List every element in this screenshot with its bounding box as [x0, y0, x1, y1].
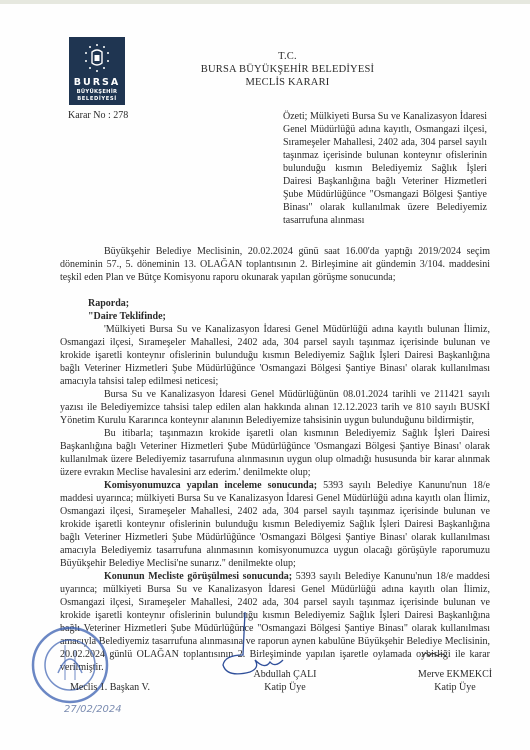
handwritten-signature-icon-2 [420, 648, 448, 660]
raporda-heading: Raporda; [60, 297, 490, 310]
emblem-icon [83, 43, 111, 73]
daire-teklifinde-heading: "Daire Teklifinde; [60, 310, 490, 323]
signatory-name: Merve EKMEKCİ [400, 668, 510, 681]
signatory-title: Meclis 1. Başkan V. [55, 681, 165, 694]
paragraph-4: Komisyonumuzca yapılan inceleme sonucund… [60, 479, 490, 570]
logo-text-belediyesi: BELEDİYESİ [69, 96, 125, 102]
signatory-title: Katip Üye [230, 681, 340, 694]
logo-text-bursa: BURSA [69, 77, 125, 88]
signatory-name [55, 668, 165, 681]
signature-block-chair: Meclis 1. Başkan V. [55, 668, 165, 694]
signature-block-clerk-1: Abdullah ÇALI Katip Üye [230, 668, 340, 694]
paragraph-2: Bursa Su ve Kanalizasyon İdaresi Genel M… [60, 388, 490, 427]
scan-edge [0, 0, 530, 4]
signatory-title: Katip Üye [400, 681, 510, 694]
signature-block-clerk-2: Merve EKMEKCİ Katip Üye [400, 668, 510, 694]
signatory-name: Abdullah ÇALI [230, 668, 340, 681]
summary-text: Özeti; Mülkiyeti Bursa Su ve Kanalizasyo… [283, 110, 487, 227]
bursa-logo: BURSA BÜYÜKŞEHİR BELEDİYESİ [69, 37, 125, 105]
paragraph-3: Bu itibarla; taşınmazın krokide işaretli… [60, 427, 490, 479]
header-tc: T.C. [165, 50, 410, 63]
handwritten-date: 27/02/2024 [64, 704, 122, 715]
commission-text: 5393 sayılı Belediye Kanunu'nun 18/e mad… [60, 480, 490, 569]
decision-number: Karar No : 278 [68, 110, 128, 121]
council-heading: Konunun Mecliste görüşülmesi sonucunda; [104, 571, 292, 582]
intro-paragraph: Büyükşehir Belediye Meclisinin, 20.02.20… [60, 245, 490, 284]
commission-heading: Komisyonumuzca yapılan inceleme sonucund… [104, 480, 317, 491]
paragraph-1: 'Mülkiyeti Bursa Su ve Kanalizasyon İdar… [60, 323, 490, 388]
header-institution: BURSA BÜYÜKŞEHİR BELEDİYESİ [165, 63, 410, 76]
document-header: T.C. BURSA BÜYÜKŞEHİR BELEDİYESİ MECLİS … [165, 50, 410, 89]
logo-text-buyuksehir: BÜYÜKŞEHİR [69, 89, 125, 95]
header-doc-type: MECLİS KARARI [165, 76, 410, 89]
